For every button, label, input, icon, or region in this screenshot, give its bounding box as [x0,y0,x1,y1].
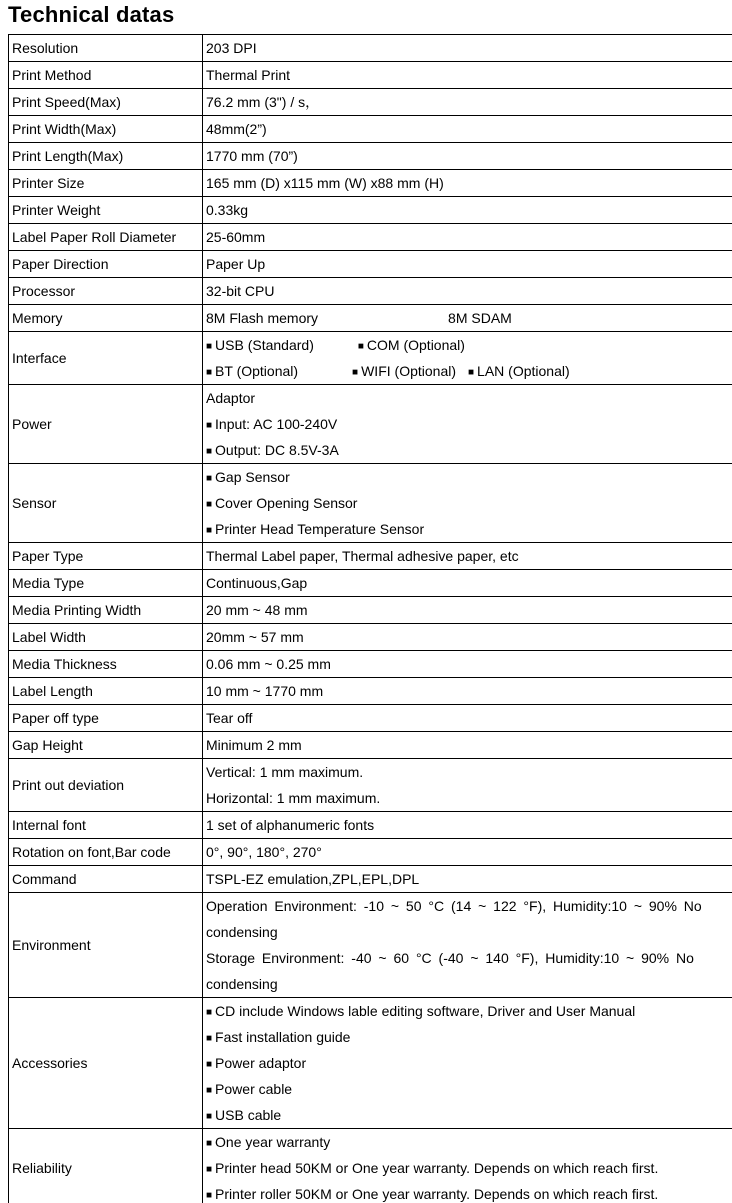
bullet-item: BT (Optional) [206,363,298,379]
spec-value-text: 48mm(2”) [206,121,267,137]
spec-line: Gap Sensor [206,464,730,490]
spec-label: Paper Direction [9,251,203,278]
table-row: Print out deviationVertical: 1 mm maximu… [9,759,732,812]
spec-value: 0°, 90°, 180°, 270° [203,839,732,866]
spec-value-text: 32-bit CPU [206,283,274,299]
table-row: Processor32-bit CPU [9,278,732,305]
spec-label: Internal font [9,812,203,839]
table-row: Paper TypeThermal Label paper, Thermal a… [9,543,732,570]
spec-value: Thermal Print [203,62,732,89]
spec-value: 76.2 mm (3") / s， [203,89,732,116]
spec-value-text: Minimum 2 mm [206,737,302,753]
table-row: Print Speed(Max)76.2 mm (3") / s， [9,89,732,116]
table-row: Print Width(Max)48mm(2”) [9,116,732,143]
spec-value: 32-bit CPU [203,278,732,305]
table-row: Label Width20mm ~ 57 mm [9,624,732,651]
spec-value-text: 203 DPI [206,40,257,56]
spec-line: One year warranty [206,1129,730,1155]
spec-value-text: 8M SDAM [448,310,512,326]
spec-label: Label Paper Roll Diameter [9,224,203,251]
spec-line: Printer Head Temperature Sensor [206,516,730,542]
spec-line: Power cable [206,1076,730,1102]
spec-line: Vertical: 1 mm maximum. [206,759,730,785]
page-title: Technical datas [8,2,174,28]
table-row: Printer Size165 mm (D) x115 mm (W) x88 m… [9,170,732,197]
spec-value: TSPL-EZ emulation,ZPL,EPL,DPL [203,866,732,893]
spec-value: 8M Flash memory8M SDAM [203,305,732,332]
spec-label: Print out deviation [9,759,203,812]
table-row: CommandTSPL-EZ emulation,ZPL,EPL,DPL [9,866,732,893]
spec-value-text: 0°, 90°, 180°, 270° [206,844,322,860]
spec-value-text: 165 mm (D) x115 mm (W) x88 mm (H) [206,175,444,191]
bullet-item: USB (Standard) [206,337,314,353]
spec-line: Storage Environment: -40 ~ 60 °C (-40 ~ … [206,945,730,971]
spec-line: Adaptor [206,385,730,411]
spec-label: Accessories [9,998,203,1129]
table-row: InterfaceUSB (Standard)COM (Optional)BT … [9,332,732,385]
table-row: SensorGap SensorCover Opening SensorPrin… [9,464,732,543]
spec-label: Paper off type [9,705,203,732]
spec-line: Operation Environment: -10 ~ 50 °C (14 ~… [206,893,730,919]
table-row: Paper off typeTear off [9,705,732,732]
table-row: PowerAdaptorInput: AC 100-240VOutput: DC… [9,385,732,464]
spec-label: Memory [9,305,203,332]
table-row: Paper DirectionPaper Up [9,251,732,278]
table-row: Print Length(Max)1770 mm (70”) [9,143,732,170]
spec-value: Vertical: 1 mm maximum.Horizontal: 1 mm … [203,759,732,812]
table-row: Printer Weight0.33kg [9,197,732,224]
spec-label: Media Type [9,570,203,597]
spec-label: Reliability [9,1129,203,1203]
spec-label: Resolution [9,35,203,62]
table-row: Label Paper Roll Diameter25-60mm [9,224,732,251]
spec-line: BT (Optional)WIFI (Optional)LAN (Optiona… [206,358,730,384]
spec-label: Interface [9,332,203,385]
spec-value: 165 mm (D) x115 mm (W) x88 mm (H) [203,170,732,197]
spec-label: Print Speed(Max) [9,89,203,116]
spec-line: Horizontal: 1 mm maximum. [206,785,730,811]
table-row: Rotation on font,Bar code0°, 90°, 180°, … [9,839,732,866]
spec-value: 48mm(2”) [203,116,732,143]
spec-value-text: 25-60mm [206,229,265,245]
spec-value-text: 20mm ~ 57 mm [206,629,304,645]
spec-value: CD include Windows lable editing softwar… [203,998,732,1129]
spec-value-text: TSPL-EZ emulation,ZPL,EPL,DPL [206,871,419,887]
spec-value-text: 20 mm ~ 48 mm [206,602,308,618]
spec-value: AdaptorInput: AC 100-240VOutput: DC 8.5V… [203,385,732,464]
spec-label: Command [9,866,203,893]
spec-label: Media Printing Width [9,597,203,624]
spec-label: Environment [9,893,203,998]
spec-label: Processor [9,278,203,305]
spec-value: Paper Up [203,251,732,278]
spec-line: Power adaptor [206,1050,730,1076]
spec-value: USB (Standard)COM (Optional)BT (Optional… [203,332,732,385]
spec-value: Gap SensorCover Opening SensorPrinter He… [203,464,732,543]
spec-label: Sensor [9,464,203,543]
spec-line: condensing [206,971,730,997]
spec-line: Printer head 50KM or One year warranty. … [206,1155,730,1181]
spec-line: Cover Opening Sensor [206,490,730,516]
spec-value: Tear off [203,705,732,732]
spec-value-text: 0.06 mm ~ 0.25 mm [206,656,331,672]
bullet-item: WIFI (Optional) [352,363,456,379]
spec-value: 203 DPI [203,35,732,62]
spec-value: Continuous,Gap [203,570,732,597]
spec-line: Fast installation guide [206,1024,730,1050]
spec-value: 20mm ~ 57 mm [203,624,732,651]
table-row: AccessoriesCD include Windows lable edit… [9,998,732,1129]
spec-value-text: 1 set of alphanumeric fonts [206,817,374,833]
spec-value: Operation Environment: -10 ~ 50 °C (14 ~… [203,893,732,998]
table-row: ReliabilityOne year warrantyPrinter head… [9,1129,732,1203]
spec-value: Minimum 2 mm [203,732,732,759]
spec-line: Input: AC 100-240V [206,411,730,437]
spec-value-text: 1770 mm (70”) [206,148,298,164]
spec-value-text: 8M Flash memory [206,310,318,326]
spec-line: CD include Windows lable editing softwar… [206,998,730,1024]
bullet-item: COM (Optional) [358,337,465,353]
spec-value-text: 0.33kg [206,202,248,218]
spec-label: Rotation on font,Bar code [9,839,203,866]
spec-line: USB cable [206,1102,730,1128]
spec-line: Output: DC 8.5V-3A [206,437,730,463]
spec-value: One year warrantyPrinter head 50KM or On… [203,1129,732,1203]
table-row: Media TypeContinuous,Gap [9,570,732,597]
spec-value: 1770 mm (70”) [203,143,732,170]
table-row: Memory8M Flash memory8M SDAM [9,305,732,332]
spec-value-text: Thermal Label paper, Thermal adhesive pa… [206,548,519,564]
spec-value: 25-60mm [203,224,732,251]
spec-table: Resolution203 DPIPrint MethodThermal Pri… [8,34,732,1203]
spec-value: 0.06 mm ~ 0.25 mm [203,651,732,678]
table-row: Media Thickness0.06 mm ~ 0.25 mm [9,651,732,678]
table-row: Internal font1 set of alphanumeric fonts [9,812,732,839]
spec-value: 10 mm ~ 1770 mm [203,678,732,705]
spec-value-text: Continuous,Gap [206,575,307,591]
table-row: Label Length10 mm ~ 1770 mm [9,678,732,705]
table-row: Media Printing Width20 mm ~ 48 mm [9,597,732,624]
spec-label: Label Width [9,624,203,651]
spec-value: 20 mm ~ 48 mm [203,597,732,624]
spec-label: Print Method [9,62,203,89]
table-row: Print MethodThermal Print [9,62,732,89]
spec-value-text: Paper Up [206,256,265,272]
spec-value-text: 76.2 mm (3") / s， [206,94,319,110]
spec-value: Thermal Label paper, Thermal adhesive pa… [203,543,732,570]
table-row: EnvironmentOperation Environment: -10 ~ … [9,893,732,998]
spec-value-text: Thermal Print [206,67,290,83]
spec-label: Print Width(Max) [9,116,203,143]
spec-label: Printer Weight [9,197,203,224]
spec-label: Printer Size [9,170,203,197]
spec-line: USB (Standard)COM (Optional) [206,332,730,358]
spec-label: Print Length(Max) [9,143,203,170]
spec-label: Media Thickness [9,651,203,678]
bullet-item: LAN (Optional) [468,363,570,379]
spec-line: Printer roller 50KM or One year warranty… [206,1181,730,1203]
spec-value: 0.33kg [203,197,732,224]
spec-line: condensing [206,919,730,945]
spec-value-text: Tear off [206,710,252,726]
spec-value-text: 10 mm ~ 1770 mm [206,683,323,699]
spec-label: Gap Height [9,732,203,759]
table-row: Gap HeightMinimum 2 mm [9,732,732,759]
spec-label: Paper Type [9,543,203,570]
spec-label: Label Length [9,678,203,705]
table-row: Resolution203 DPI [9,35,732,62]
spec-value: 1 set of alphanumeric fonts [203,812,732,839]
spec-label: Power [9,385,203,464]
